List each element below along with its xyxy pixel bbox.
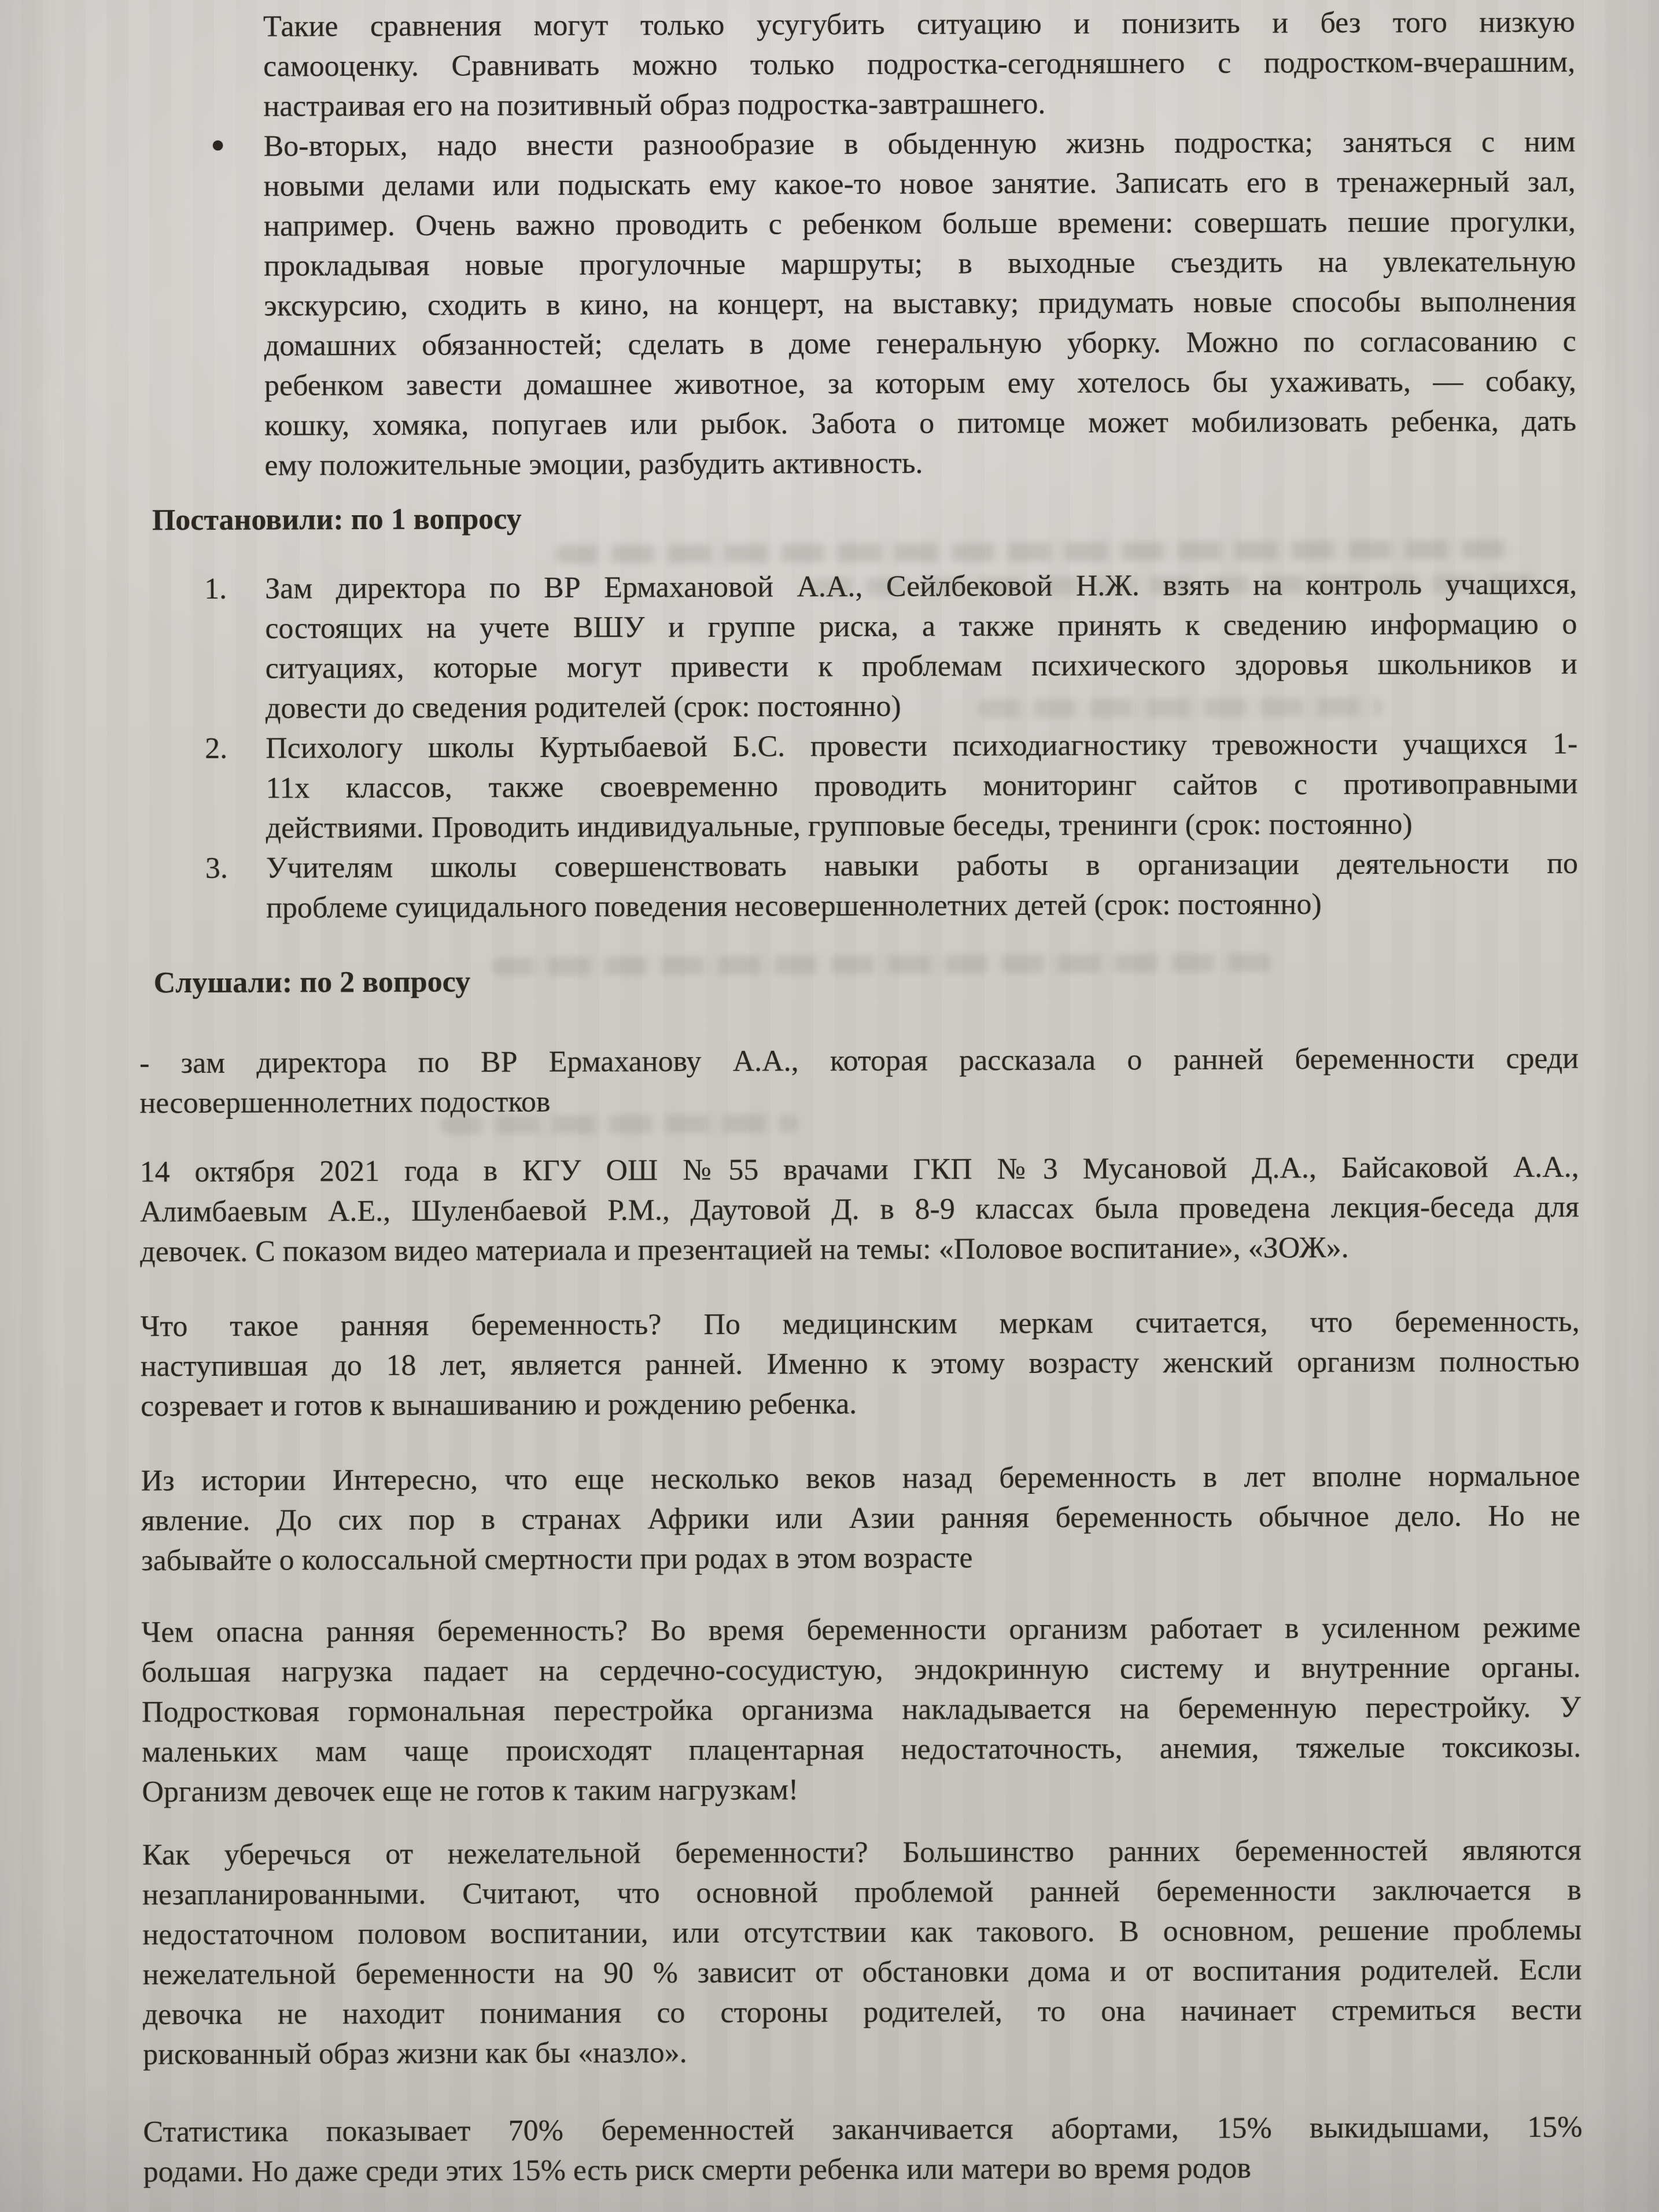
scanned-document-page: Такие сравнения могут только усугубить с… — [0, 0, 1659, 2212]
document-text-block: Такие сравнения могут только усугубить с… — [136, 2, 1583, 2192]
resolution-item-3: 3. Учителям школы совершенствовать навык… — [266, 844, 1578, 928]
paragraph-lecture-event: 14 октября 2021 года в КГУ ОШ №55 врачам… — [140, 1147, 1580, 1272]
resolution-item-2-number: 2. — [205, 729, 227, 769]
resolution-item-1-number: 1. — [204, 569, 227, 609]
resolution-item-1-text: Зам директора по ВР Ермахановой А.А., Се… — [265, 564, 1577, 729]
paragraph-danger: Чем опасна ранняя беременность? Во время… — [141, 1608, 1581, 1812]
paragraph-comparisons: Такие сравнения могут только усугубить с… — [263, 2, 1576, 127]
paragraph-what-is-early-pregnancy: Что такое ранняя беременность? По медици… — [141, 1302, 1580, 1427]
list-item-second-advice: • Во-вторых, надо внести разнообразие в … — [263, 122, 1576, 486]
paragraph-prevention: Как уберечься от нежелательной беременно… — [142, 1830, 1582, 2075]
bullet-marker: • — [210, 127, 225, 165]
resolution-item-3-text: Учителям школы совершенствовать навыки р… — [266, 844, 1578, 928]
heading-listened-question-2: Слушали: по 2 вопросу — [154, 958, 1579, 1003]
resolution-item-2: 2. Психологу школы Куртыбаевой Б.С. пров… — [266, 724, 1578, 848]
paragraph-speaker: - зам директора по ВР Ермаханову А.А., к… — [139, 1039, 1579, 1124]
resolution-item-1: 1. Зам директора по ВР Ермахановой А.А.,… — [265, 564, 1577, 729]
paragraph-history: Из истории Интересно, что еще несколько … — [141, 1456, 1581, 1581]
resolution-item-3-number: 3. — [205, 848, 228, 888]
list-item-second-advice-text: Во-вторых, надо внести разнообразие в об… — [263, 122, 1576, 486]
resolution-item-2-text: Психологу школы Куртыбаевой Б.С. провест… — [266, 724, 1578, 848]
paragraph-statistics: Статистика показывает 70% беременностей … — [143, 2107, 1582, 2192]
heading-resolved-question-1: Постановили: по 1 вопросу — [152, 496, 1577, 541]
